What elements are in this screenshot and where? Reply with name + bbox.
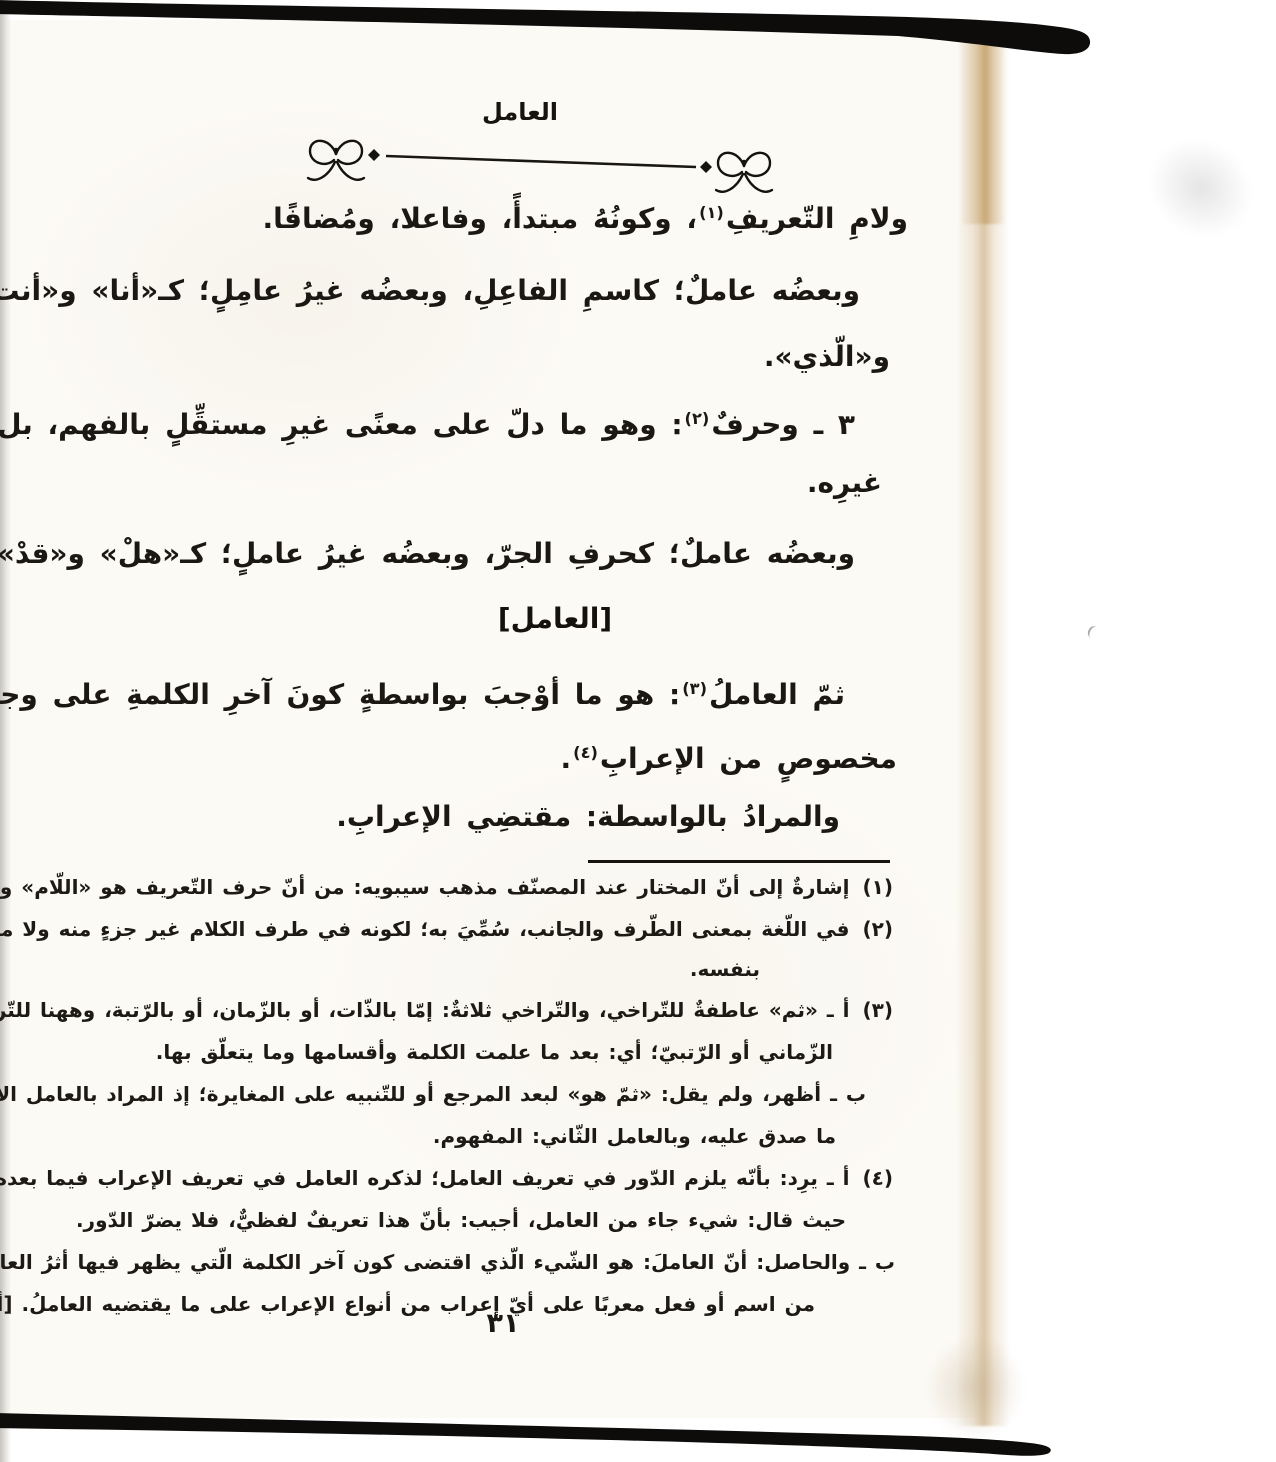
scanned-book-page: { "header": { "title": "العامل" }, "main… <box>0 0 1276 1462</box>
paragraph-line-1: ولامِ التّعريفِ(١)، وكونُهُ مبتدأً، وفاع… <box>263 200 909 238</box>
footnote-ref-4: (٤) <box>573 743 598 762</box>
footnote-text: أ ـ يرِد: بأنّه يلزم الدّور في تعريف الع… <box>0 1166 850 1190</box>
scan-top-bar <box>0 0 1276 70</box>
ornament-divider <box>300 130 780 200</box>
scan-left-edge <box>0 0 11 1462</box>
footnote-2-line-2: بنفسه. <box>690 956 760 982</box>
line-text: مخصوصٍ من الإعرابِ <box>600 742 897 775</box>
line-text: : هو ما أوْجبَ بواسطةٍ كونَ آخرِ الكلمةِ… <box>0 678 680 711</box>
scan-smudge <box>1125 114 1276 262</box>
footnote-marker-4: (٤) <box>863 1166 894 1190</box>
paragraph-line-6: وبعضُه عاملٌ؛ كحرفِ الجرّ، وبعضُه غيرُ ع… <box>0 535 855 573</box>
line-text: : وهو ما دلّ على معنًى غيرِ مستقِّلٍ بال… <box>0 408 683 441</box>
footnote-4-line-2: حيث قال: شيء جاء من العامل، أجيب: بأنّ ه… <box>76 1207 846 1233</box>
footnote-marker-2: (٢) <box>863 917 894 941</box>
footnote-2-line-1: (٢)في اللّغة بمعنى الطّرف والجانب، سُمِّ… <box>0 916 893 942</box>
footnote-4-line-3: ب ـ والحاصل: أنّ العاملَ: هو الشّيء الّذ… <box>0 1249 895 1275</box>
footnote-3-line-4: ما صدق عليه، وبالعامل الثّاني: المفهوم. <box>433 1123 836 1149</box>
section-heading: [العامل] <box>405 602 705 635</box>
footnote-ref-3: (٣) <box>682 679 707 698</box>
page-edge-stripe <box>956 24 1010 1426</box>
paragraph-line-3: و«الّذي». <box>764 338 890 376</box>
page-title: العامل <box>430 98 610 126</box>
line-text: . <box>561 742 572 775</box>
footnote-text: في اللّغة بمعنى الطّرف والجانب، سُمِّيَ … <box>0 917 850 941</box>
footnote-text: إشارةٌ إلى أنّ المختار عند المصنّف مذهب … <box>0 875 850 899</box>
footnote-3-line-2: الزّماني أو الرّتبيّ؛ أي: بعد ما علمت ال… <box>156 1039 833 1065</box>
paragraph-line-2: وبعضُه عاملٌ؛ كاسمِ الفاعِلِ، وبعضُه غير… <box>0 272 860 310</box>
scan-speck <box>1086 624 1103 641</box>
line-text: ثمّ العاملُ <box>709 678 845 711</box>
line-text: ، وكونُهُ مبتدأً، وفاعلا، ومُضافًا. <box>263 202 698 235</box>
footnote-1: (١)إشارةٌ إلى أنّ المختار عند المصنّف مذ… <box>0 874 893 900</box>
footnote-3-line-1: (٣)أ ـ «ثم» عاطفةٌ للتّراخي، والتّراخي ث… <box>0 997 893 1023</box>
footnote-text: أ ـ «ثم» عاطفةٌ للتّراخي، والتّراخي ثلاث… <box>0 998 850 1022</box>
footnote-3-line-3: ب ـ أظهر، ولم يقل: «ثمّ هو» لبعد المرجع … <box>0 1081 866 1107</box>
footnote-separator <box>588 860 890 863</box>
scan-bottom-bar <box>0 1395 1276 1462</box>
paragraph-line-4: ٣ ـ وحرفٌ(٢): وهو ما دلّ على معنًى غيرِ … <box>0 406 855 444</box>
footnote-4-line-4: من اسم أو فعل معربًا على أيّ إعراب من أن… <box>0 1291 815 1317</box>
paragraph-line-5: غيرِه. <box>807 464 882 502</box>
line-text: ٣ ـ وحرفٌ <box>711 408 855 441</box>
footnote-ref-1: (١) <box>699 203 724 222</box>
footnote-marker-3: (٣) <box>863 998 894 1022</box>
paragraph-line-8: مخصوصٍ من الإعرابِ(٤). <box>561 740 898 778</box>
ornament-line <box>386 156 696 167</box>
footnote-marker-1: (١) <box>863 875 894 899</box>
paragraph-line-9: والمرادُ بالواسطة: مقتضِي الإعرابِ. <box>336 798 840 836</box>
footnote-ref-2: (٢) <box>685 409 710 428</box>
paragraph-line-7: ثمّ العاملُ(٣): هو ما أوْجبَ بواسطةٍ كون… <box>0 676 845 714</box>
footnote-4-line-1: (٤)أ ـ يرِد: بأنّه يلزم الدّور في تعريف … <box>0 1165 893 1191</box>
page-number: ٣١ <box>448 1308 558 1339</box>
line-text: ولامِ التّعريفِ <box>726 202 908 235</box>
